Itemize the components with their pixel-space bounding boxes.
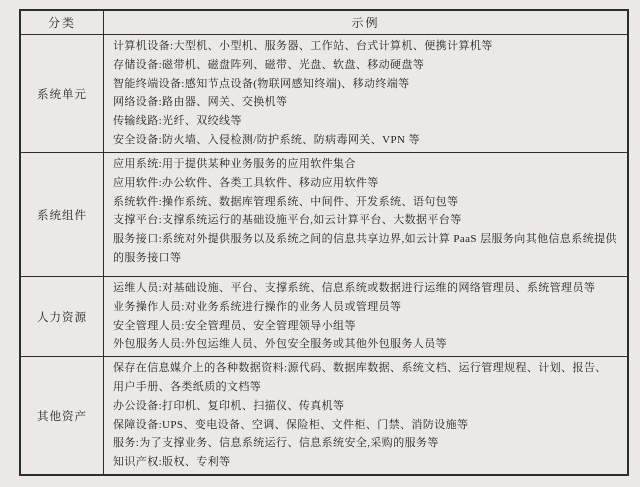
example-line: 运维人员:对基础设施、平台、支撑系统、信息系统或数据进行运维的网络管理员、系统管…: [113, 279, 618, 298]
example-line: 系统软件:操作系统、数据库管理系统、中间件、开发系统、语句包等: [113, 193, 618, 212]
example-line: 安全设备:防火墙、入侵检测/防护系统、防病毒网关、VPN 等: [113, 131, 618, 150]
example-line: 服务接口:系统对外提供服务以及系统之间的信息共享边界,如云计算 PaaS 层服务…: [113, 230, 618, 268]
table-row: 系统组件 应用系统:用于提供某种业务服务的应用软件集合 应用软件:办公软件、各类…: [21, 153, 627, 277]
example-line: 办公设备:打印机、复印机、扫描仪、传真机等: [113, 397, 618, 416]
table-row: 其他资产 保存在信息媒介上的各种数据资料:源代码、数据库数据、系统文档、运行管理…: [21, 357, 627, 474]
example-line: 保障设备:UPS、变电设备、空调、保险柜、文件柜、门禁、消防设施等: [113, 416, 618, 435]
category-cell: 系统单元: [21, 35, 104, 152]
example-line: 知识产权:版权、专利等: [113, 453, 618, 472]
example-line: 应用软件:办公软件、各类工具软件、移动应用软件等: [113, 174, 618, 193]
examples-cell: 计算机设备:大型机、小型机、服务器、工作站、台式计算机、便携计算机等 存储设备:…: [104, 35, 627, 152]
category-cell: 系统组件: [21, 153, 104, 276]
example-line: 传输线路:光纤、双绞线等: [113, 112, 618, 131]
example-line: 服务:为了支撑业务、信息系统运行、信息系统安全,采购的服务等: [113, 434, 618, 453]
example-line: 应用系统:用于提供某种业务服务的应用软件集合: [113, 155, 618, 174]
asset-classification-table: 分类 示例 系统单元 计算机设备:大型机、小型机、服务器、工作站、台式计算机、便…: [19, 9, 629, 476]
scanned-document-page: 分类 示例 系统单元 计算机设备:大型机、小型机、服务器、工作站、台式计算机、便…: [0, 0, 640, 487]
category-cell: 人力资源: [21, 277, 104, 356]
header-category: 分类: [21, 11, 104, 34]
example-line: 外包服务人员:外包运维人员、外包安全服务或其他外包服务人员等: [113, 335, 618, 354]
example-line: 支撑平台:支撑系统运行的基础设施平台,如云计算平台、大数据平台等: [113, 211, 618, 230]
table-row: 人力资源 运维人员:对基础设施、平台、支撑系统、信息系统或数据进行运维的网络管理…: [21, 277, 627, 357]
table-row: 系统单元 计算机设备:大型机、小型机、服务器、工作站、台式计算机、便携计算机等 …: [21, 35, 627, 153]
table-header-row: 分类 示例: [21, 11, 627, 35]
example-line: 智能终端设备:感知节点设备(物联网感知终端)、移动终端等: [113, 75, 618, 94]
example-line: 安全管理人员:安全管理员、安全管理领导小组等: [113, 317, 618, 336]
example-line: 业务操作人员:对业务系统进行操作的业务人员或管理员等: [113, 298, 618, 317]
example-line: 网络设备:路由器、网关、交换机等: [113, 93, 618, 112]
header-example: 示例: [104, 11, 627, 34]
category-cell: 其他资产: [21, 357, 104, 474]
examples-cell: 应用系统:用于提供某种业务服务的应用软件集合 应用软件:办公软件、各类工具软件、…: [104, 153, 627, 276]
examples-cell: 运维人员:对基础设施、平台、支撑系统、信息系统或数据进行运维的网络管理员、系统管…: [104, 277, 627, 356]
examples-cell: 保存在信息媒介上的各种数据资料:源代码、数据库数据、系统文档、运行管理规程、计划…: [104, 357, 627, 474]
example-line: 计算机设备:大型机、小型机、服务器、工作站、台式计算机、便携计算机等: [113, 37, 618, 56]
example-line: 保存在信息媒介上的各种数据资料:源代码、数据库数据、系统文档、运行管理规程、计划…: [113, 359, 618, 397]
example-line: 存储设备:磁带机、磁盘阵列、磁带、光盘、软盘、移动硬盘等: [113, 56, 618, 75]
